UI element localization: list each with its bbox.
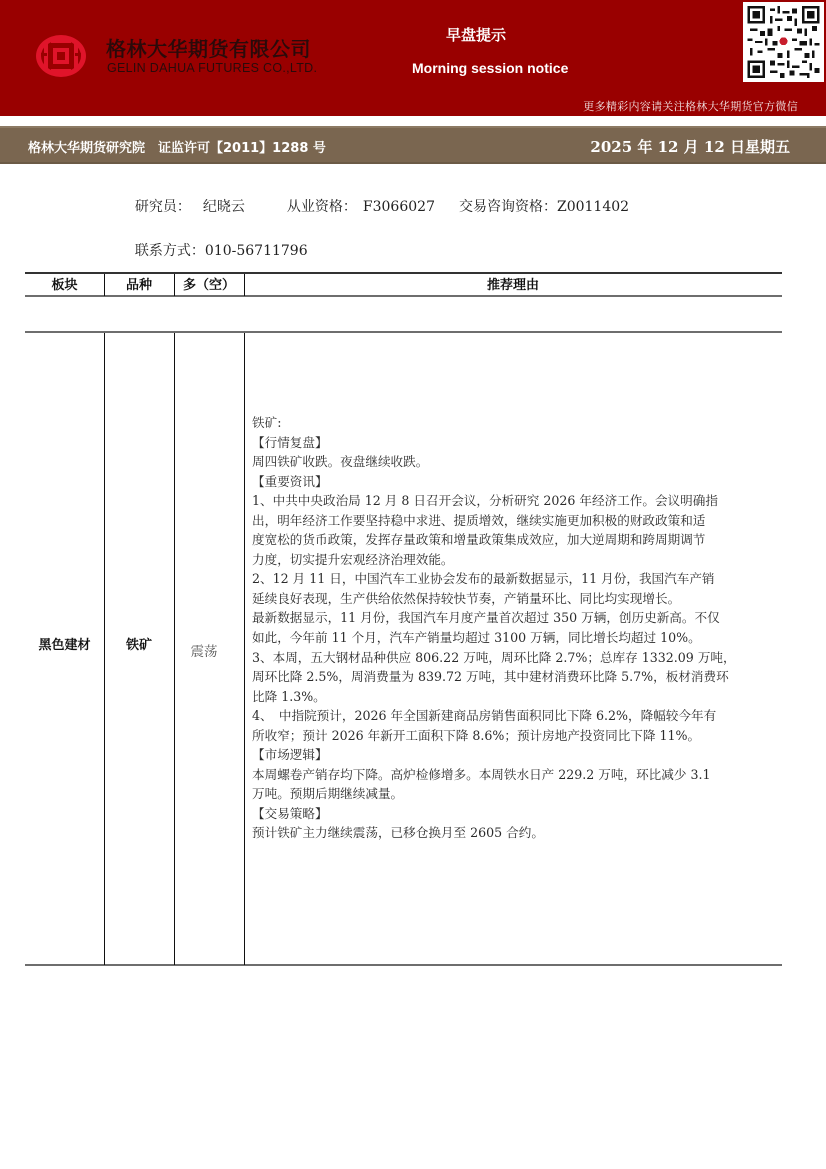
table-top-border: [25, 272, 782, 274]
reason-line: 延续良好表现，生产供给依然保持较快节奏，产销量环比、同比均实现增长。: [252, 589, 778, 609]
contact-phone: 010-56711796: [205, 243, 308, 259]
reason-line: 4、 中指院预计，2026 年全国新建商品房销售面积同比下降 6.2%，降幅较今…: [252, 706, 778, 726]
qualification-number: F3066027: [363, 199, 435, 215]
header-direction: 多（空）: [174, 276, 244, 296]
reason-line: 1、中共中央政治局 12 月 8 日召开会议，分析研究 2026 年经济工作。会…: [252, 491, 778, 511]
report-date: 2025 年 12 月 12 日星期五: [590, 136, 790, 157]
qr-code-icon: [743, 2, 824, 82]
header-banner: 格林大华期货有限公司 GELIN DAHUA FUTURES CO.,LTD. …: [0, 0, 826, 116]
reason-line: 铁矿:: [252, 413, 778, 433]
researcher-name: 纪晓云: [203, 196, 245, 216]
company-logo-icon: [34, 33, 88, 79]
section-heading-strategy: 【交易策略】: [252, 804, 778, 824]
reason-line: 如此，今年前 11 个月，汽车产销量均超过 3100 万辆，同比增长均超过 10…: [252, 628, 778, 648]
cell-variety: 铁矿: [104, 634, 174, 653]
col-divider: [244, 333, 245, 965]
reason-line: 3、本周，五大钢材品种供应 806.22 万吨，周环比降 2.7%；总库存 13…: [252, 648, 778, 668]
company-name-cn: 格林大华期货有限公司: [106, 33, 311, 62]
reason-line: 出，明年经济工作要坚持稳中求进、提质增效，继续实施更加积极的财政政策和适: [252, 511, 778, 531]
reason-line: 周四铁矿收跌。夜盘继续收跌。: [252, 452, 778, 472]
consult-number: Z0011402: [557, 199, 629, 215]
researcher-info: 研究员：纪晓云从业资格：F3066027交易咨询资格：Z0011402: [126, 180, 629, 216]
reason-line: 预计铁矿主力继续震荡，已移仓换月至 2605 合约。: [252, 823, 778, 843]
qualification-label: 从业资格：: [287, 196, 357, 216]
reason-line: 最新数据显示，11 月份，我国汽车月度产量首次超过 350 万辆，创历史新高。不…: [252, 608, 778, 628]
table-spacer-border: [25, 331, 782, 333]
report-title-en: Morning session notice: [412, 60, 568, 76]
reason-line: 周环比降 2.5%，周消费量为 839.72 万吨，其中建材消费环比降 5.7%…: [252, 667, 778, 687]
reason-line: 比降 1.3%。: [252, 687, 778, 707]
report-title-cn: 早盘提示: [446, 24, 506, 45]
section-heading-review: 【行情复盘】: [252, 433, 778, 453]
institute-license: 格林大华期货研究院 证监许可【2011】1288 号: [28, 137, 326, 156]
header-reason: 推荐理由: [244, 276, 782, 296]
cell-sector: 黑色建材: [25, 634, 104, 653]
reason-line: 所收窄；预计 2026 年新开工面积下降 8.6%；预计房地产投资同比下降 11…: [252, 726, 778, 746]
company-name-en: GELIN DAHUA FUTURES CO.,LTD.: [107, 61, 317, 75]
follow-wechat-text: 更多精彩内容请关注格林大华期货官方微信: [583, 98, 798, 114]
consult-label: 交易咨询资格：: [459, 196, 557, 216]
cell-reason: 铁矿: 【行情复盘】 周四铁矿收跌。夜盘继续收跌。 【重要资讯】 1、中共中央政…: [252, 413, 778, 843]
reason-line: 万吨。预期后期继续减量。: [252, 784, 778, 804]
cell-direction: 震荡: [174, 640, 234, 660]
reason-line: 力度，切实提升宏观经济治理效能。: [252, 550, 778, 570]
header-variety: 品种: [104, 276, 174, 296]
reason-line: 度宽松的货币政策，发挥存量政策和增量政策集成效应，加大逆周期和跨周期调节: [252, 530, 778, 550]
table-bottom-border: [25, 964, 782, 966]
contact-info: 联系方式：010-56711796: [126, 224, 308, 260]
section-heading-news: 【重要资讯】: [252, 472, 778, 492]
contact-label: 联系方式：: [135, 240, 205, 260]
reason-line: 本周螺卷产销存均下降。高炉检修增多。本周铁水日产 229.2 万吨，环比减少 3…: [252, 765, 778, 785]
info-bar: 格林大华期货研究院 证监许可【2011】1288 号 2025 年 12 月 1…: [0, 126, 826, 164]
reason-line: 2、12 月 11 日，中国汽车工业协会发布的最新数据显示，11 月份，我国汽车…: [252, 569, 778, 589]
section-heading-logic: 【市场逻辑】: [252, 745, 778, 765]
researcher-label: 研究员：: [135, 196, 191, 216]
header-sector: 板块: [25, 276, 104, 296]
